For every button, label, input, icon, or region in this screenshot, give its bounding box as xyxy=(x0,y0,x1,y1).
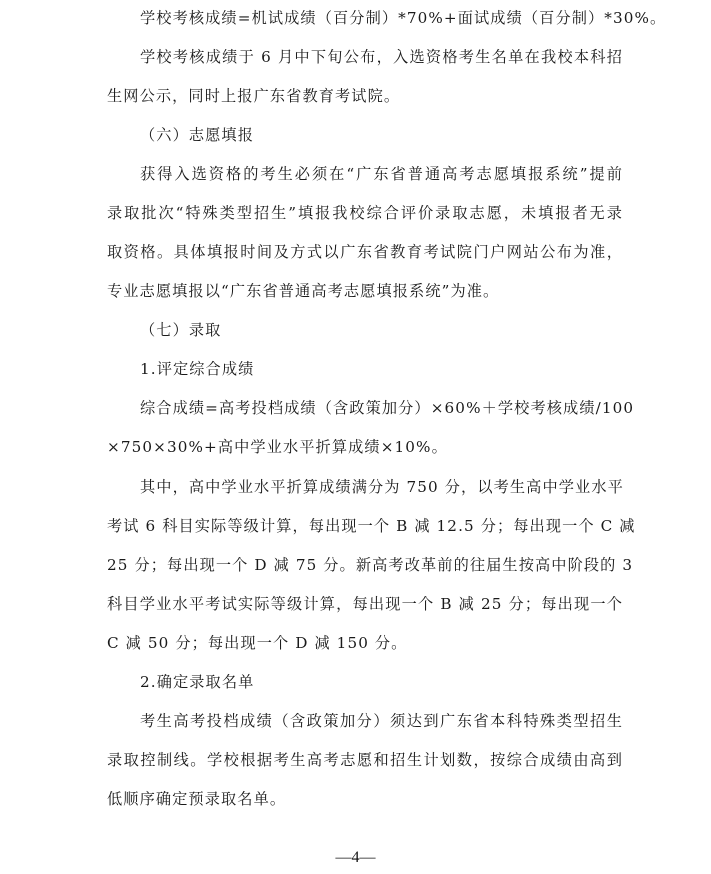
section-heading-admission: （七）录取 xyxy=(140,315,221,345)
paragraph-volunteer-line-2: 录取批次“特殊类型招生”填报我校综合评价录取志愿，未填报者无录 xyxy=(107,198,623,228)
paragraph-admission-list-line-1: 考生高考投档成绩（含政策加分）须达到广东省本科特殊类型招生 xyxy=(140,706,623,736)
paragraph-volunteer-line-1: 获得入选资格的考生必须在“广东省普通高考志愿填报系统”提前 xyxy=(140,159,623,189)
paragraph-academic-level-line-2: 考试 6 科目实际等级计算，每出现一个 B 减 12.5 分；每出现一个 C 减 xyxy=(107,511,623,541)
subheading-admission-list: 2.确定录取名单 xyxy=(140,667,254,697)
subheading-composite-score: 1.评定综合成绩 xyxy=(140,354,254,384)
paragraph-academic-level-line-3: 25 分；每出现一个 D 减 75 分。新高考改革前的往届生按高中阶段的 3 xyxy=(107,550,623,580)
paragraph-volunteer-line-4: 专业志愿填报以“广东省普通高考志愿填报系统”为准。 xyxy=(107,276,623,306)
paragraph-score-publication-line-2: 生网公示，同时上报广东省教育考试院。 xyxy=(107,81,623,111)
page-number: —4— xyxy=(0,846,711,870)
paragraph-admission-list-line-2: 录取控制线。学校根据考生高考志愿和招生计划数，按综合成绩由高到 xyxy=(107,745,623,775)
paragraph-admission-list-line-3: 低顺序确定预录取名单。 xyxy=(107,784,623,814)
document-page: 学校考核成绩=机试成绩（百分制）*70%+面试成绩（百分制）*30%。 学校考核… xyxy=(0,0,711,874)
paragraph-composite-formula-line-1: 综合成绩=高考投档成绩（含政策加分）×60%＋学校考核成绩/100 xyxy=(140,393,623,423)
paragraph-academic-level-line-4: 科目学业水平考试实际等级计算，每出现一个 B 减 25 分；每出现一个 xyxy=(107,589,623,619)
paragraph-composite-formula-line-2: ×750×30%+高中学业水平折算成绩×10%。 xyxy=(107,432,623,462)
paragraph-volunteer-line-3: 取资格。具体填报时间及方式以广东省教育考试院门户网站公布为准， xyxy=(107,237,623,267)
paragraph-academic-level-line-5: C 减 50 分；每出现一个 D 减 150 分。 xyxy=(107,628,623,658)
paragraph-score-publication-line-1: 学校考核成绩于 6 月中下旬公布，入选资格考生名单在我校本科招 xyxy=(140,42,623,72)
section-heading-volunteer-application: （六）志愿填报 xyxy=(140,120,254,150)
paragraph-school-score-formula: 学校考核成绩=机试成绩（百分制）*70%+面试成绩（百分制）*30%。 xyxy=(140,3,623,33)
paragraph-academic-level-line-1: 其中，高中学业水平折算成绩满分为 750 分，以考生高中学业水平 xyxy=(140,472,623,502)
